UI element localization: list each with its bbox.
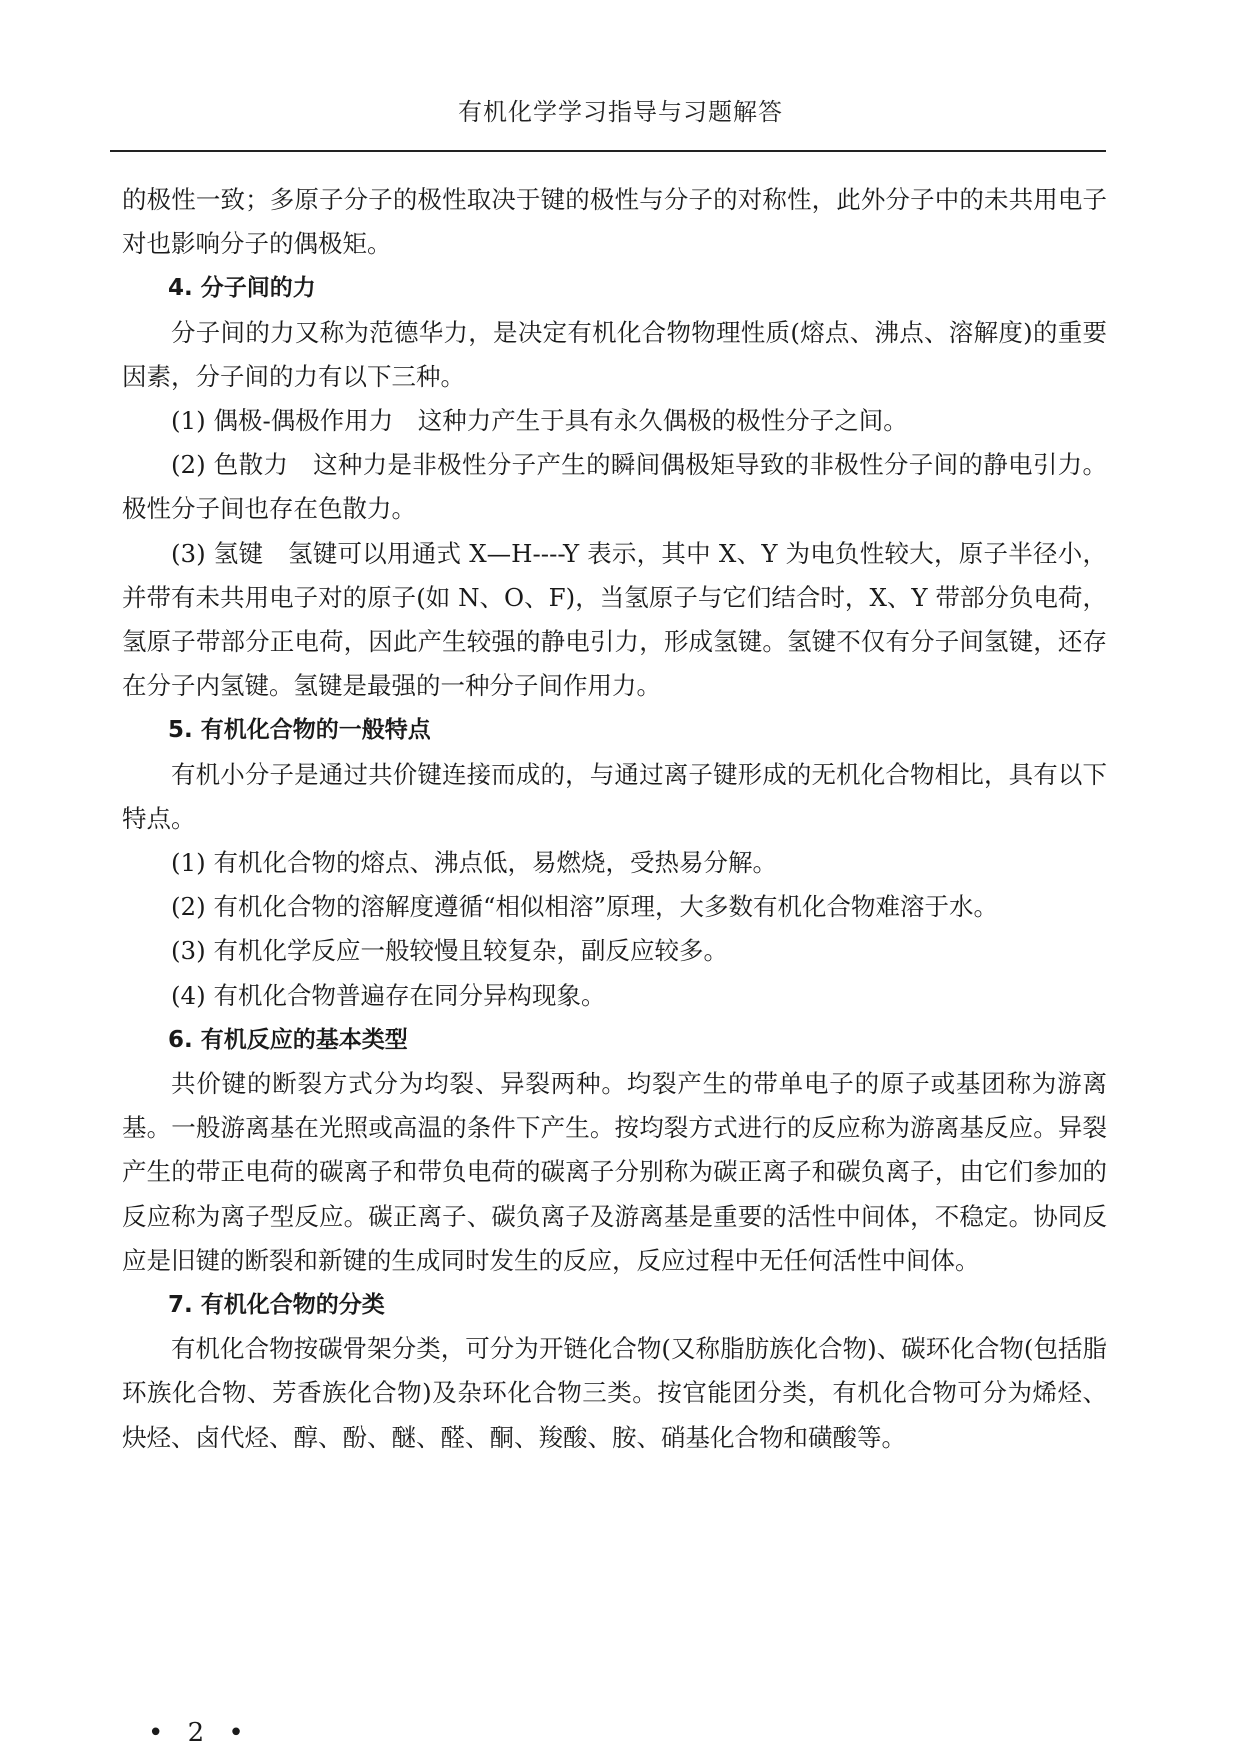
list-item: (3) 氢键 氢键可以用通式 X—H----Y 表示，其中 X、Y 为电负性较大…: [122, 532, 1107, 709]
list-item: (4) 有机化合物普遍存在同分异构现象。: [122, 974, 1107, 1018]
section-heading-5: 5. 有机化合物的一般特点: [122, 708, 1107, 752]
list-item: (2) 有机化合物的溶解度遵循“相似相溶”原理，大多数有机化合物难溶于水。: [122, 885, 1107, 929]
section-heading-6: 6. 有机反应的基本类型: [122, 1018, 1107, 1062]
paragraph: 分子间的力又称为范德华力，是决定有机化合物物理性质(熔点、沸点、溶解度)的重要因…: [122, 311, 1107, 399]
section-heading-7: 7. 有机化合物的分类: [122, 1283, 1107, 1327]
page-number: • 2 •: [148, 1718, 252, 1748]
paragraph: 共价键的断裂方式分为均裂、异裂两种。均裂产生的带单电子的原子或基团称为游离基。一…: [122, 1062, 1107, 1283]
list-item: (2) 色散力 这种力是非极性分子产生的瞬间偶极矩导致的非极性分子间的静电引力。…: [122, 443, 1107, 531]
list-item: (3) 有机化学反应一般较慢且较复杂，副反应较多。: [122, 929, 1107, 973]
list-item: (1) 偶极-偶极作用力 这种力产生于具有永久偶极的极性分子之间。: [122, 399, 1107, 443]
list-item: (1) 有机化合物的熔点、沸点低，易燃烧，受热易分解。: [122, 841, 1107, 885]
section-heading-4: 4. 分子间的力: [122, 266, 1107, 310]
page-body: 的极性一致；多原子分子的极性取决于键的极性与分子的对称性，此外分子中的未共用电子…: [122, 178, 1107, 1460]
paragraph: 有机化合物按碳骨架分类，可分为开链化合物(又称脂肪族化合物)、碳环化合物(包括脂…: [122, 1327, 1107, 1460]
paragraph-continued: 的极性一致；多原子分子的极性取决于键的极性与分子的对称性，此外分子中的未共用电子…: [122, 178, 1107, 266]
running-header: 有机化学学习指导与习题解答: [0, 92, 1241, 127]
header-rule: [110, 150, 1106, 152]
paragraph: 有机小分子是通过共价键连接而成的，与通过离子键形成的无机化合物相比，具有以下特点…: [122, 753, 1107, 841]
